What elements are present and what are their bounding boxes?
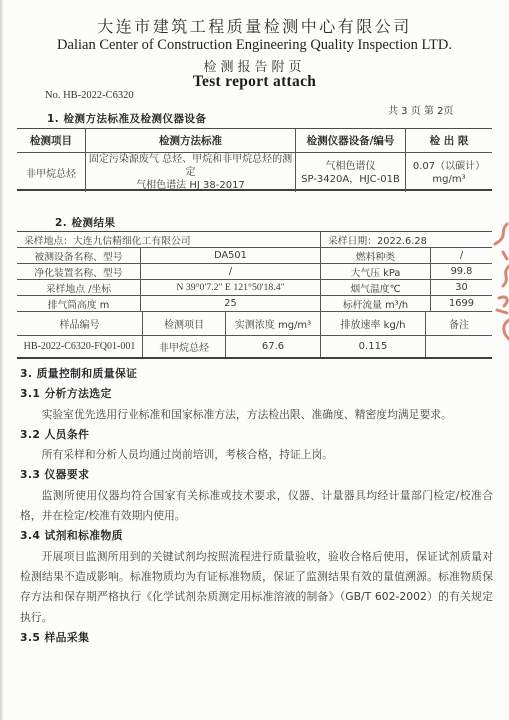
section3-3-title: 3.3 仪器要求: [20, 465, 493, 485]
report-number: No. HB-2022-C6320: [45, 90, 134, 101]
table1-instrument-value: 气相色谱仪 SP-3420A，HJC-01B: [295, 153, 405, 192]
equipment-row: 被测设备名称、型号 DA501 燃料种类 /: [17, 248, 492, 264]
stack-height-label: 排气筒高度 m: [17, 296, 140, 311]
section3-4-body: 开展项目监测所用到的关键试剂均按照流程进行质量验收，验收合格后使用，保证试剂质量…: [20, 547, 493, 628]
doc-title-en: Test report attach: [0, 73, 509, 91]
emission-rate-value: 0.115: [320, 336, 425, 357]
results-data-row: HB-2022-C6320-FQ01-001 非甲烷总烃 67.6 0.115: [17, 336, 492, 357]
table1-header-row: 检测项目 检测方法标准 检测仪器设备/编号 检 出 限: [17, 129, 492, 153]
section1-heading: 1. 检测方法标准及检测仪器设备: [47, 111, 206, 126]
col-measured-concentration: 实测浓度 mg/m³: [225, 312, 320, 335]
table1-method-value: 固定污染源废气 总烃、甲烷和非甲烷总烃的测定 气相色谱法 HJ 38-2017: [85, 153, 295, 192]
section3-1-body: 实验室优先选用行业标准和国家标准方法，方法检出限、准确度、精密度均满足要求。: [20, 405, 493, 425]
coordinates-row: 采样地点 /坐标 N 39°0'7.2" E 121°50'18.4" 烟气温度…: [17, 280, 492, 296]
sampling-date: 采样日期：2022.6.28: [320, 232, 492, 247]
page-number-info: 共 3 页 第 2页: [388, 102, 453, 117]
fuel-type-value: /: [430, 248, 492, 263]
table1-col-instrument: 检测仪器设备/编号: [295, 129, 405, 152]
flue-temp-label: 烟气温度℃: [320, 280, 430, 295]
equipment-label: 被测设备名称、型号: [17, 248, 140, 263]
flue-temp-value: 30: [430, 280, 492, 295]
test-item-value: 非甲烷总烃: [142, 336, 225, 357]
scan-edge-shadow: [0, 0, 4, 720]
company-name-en: Dalian Center of Construction Engineerin…: [0, 37, 509, 54]
section3-2-body: 所有采样和分析人员均通过岗前培训，考核合格，持证上岗。: [20, 445, 493, 465]
col-sample-id: 样品编号: [17, 312, 142, 335]
coordinates-value: N 39°0'7.2" E 121°50'18.4": [140, 280, 320, 295]
coordinates-label: 采样地点 /坐标: [17, 280, 140, 295]
section3-heading: 3. 质量控制和质量保证: [20, 364, 493, 384]
scanned-test-report-page: 大连市建筑工程质量检测中心有限公司 Dalian Center of Const…: [0, 0, 509, 720]
table1-col-method: 检测方法标准: [85, 129, 295, 152]
methods-instruments-table: 检测项目 检测方法标准 检测仪器设备/编号 检 出 限 非甲烷总烃 固定污染源废…: [17, 128, 492, 191]
section3-3-body: 监测所使用仪器均符合国家有关标准或技术要求，仪器、计量器具均经计量部门检定/校准…: [20, 486, 493, 527]
col-test-item: 检测项目: [142, 312, 225, 335]
section3-5-title: 3.5 样品采集: [20, 628, 493, 648]
purifier-value: /: [140, 264, 320, 279]
quality-control-section: 3. 质量控制和质量保证 3.1 分析方法选定 实验室优先选用行业标准和国家标准…: [20, 364, 493, 648]
stack-height-value: 25: [140, 296, 320, 311]
table1-col-detection-limit: 检 出 限: [405, 129, 492, 152]
red-seal-fragment-icon: [485, 218, 509, 346]
sampling-site: 采样地点：大连九信精细化工有限公司: [17, 232, 320, 247]
table1-detection-limit-value: 0.07（以碳计） mg/m³: [405, 153, 492, 192]
company-name-cn: 大连市建筑工程质量检测中心有限公司: [0, 14, 509, 37]
stack-height-row: 排气筒高度 m 25 标杆流量 m³/h 1699: [17, 296, 492, 312]
sample-id-value: HB-2022-C6320-FQ01-001: [17, 336, 142, 357]
remarks-value: [425, 336, 492, 357]
section3-2-title: 3.2 人员条件: [20, 425, 493, 445]
equipment-value: DA501: [140, 248, 320, 263]
pressure-label: 大气压 kPa: [320, 264, 430, 279]
section2-heading: 2. 检测结果: [55, 215, 115, 230]
test-results-table: 采样地点：大连九信精细化工有限公司 采样日期：2022.6.28 被测设备名称、…: [17, 231, 492, 359]
measured-concentration-value: 67.6: [225, 336, 320, 357]
pressure-value: 99.8: [430, 264, 492, 279]
sampling-site-row: 采样地点：大连九信精细化工有限公司 采样日期：2022.6.28: [17, 232, 492, 248]
section3-4-title: 3.4 试剂和标准物质: [20, 526, 493, 546]
flow-rate-value: 1699: [430, 296, 492, 311]
flow-rate-label: 标杆流量 m³/h: [320, 296, 430, 311]
table1-item-value: 非甲烷总烃: [17, 153, 85, 192]
table1-data-row: 非甲烷总烃 固定污染源废气 总烃、甲烷和非甲烷总烃的测定 气相色谱法 HJ 38…: [17, 153, 492, 189]
section3-1-title: 3.1 分析方法选定: [20, 384, 493, 404]
purifier-row: 净化装置名称、型号 / 大气压 kPa 99.8: [17, 264, 492, 280]
results-header-row: 样品编号 检测项目 实测浓度 mg/m³ 排放速率 kg/h 备注: [17, 312, 492, 336]
fuel-type-label: 燃料种类: [320, 248, 430, 263]
col-remarks: 备注: [425, 312, 492, 335]
col-emission-rate: 排放速率 kg/h: [320, 312, 425, 335]
purifier-label: 净化装置名称、型号: [17, 264, 140, 279]
table1-col-item: 检测项目: [17, 129, 85, 152]
